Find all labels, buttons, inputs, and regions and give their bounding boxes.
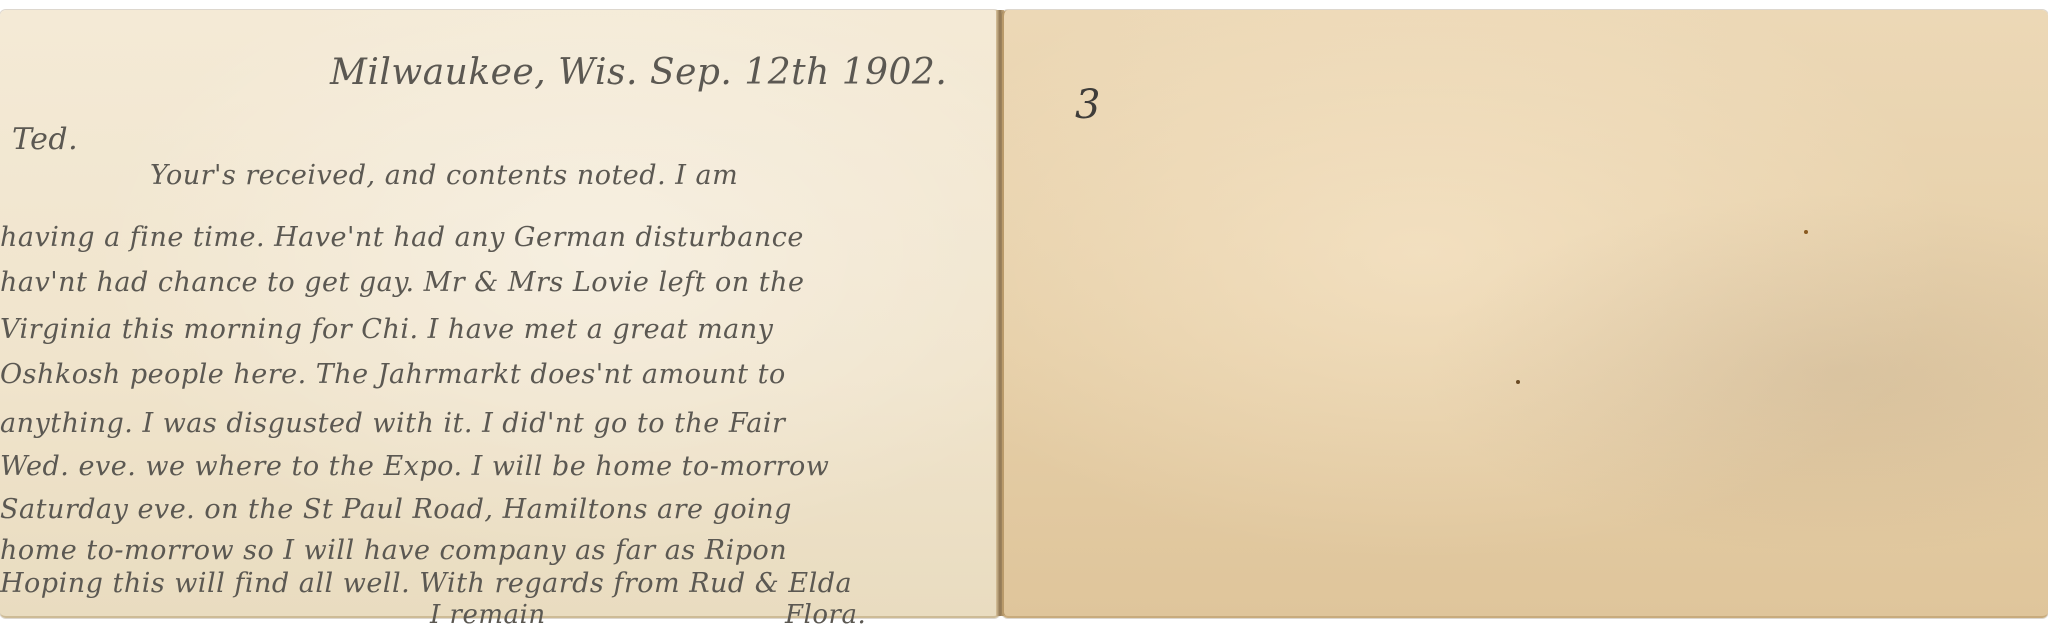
signature: Flora.	[785, 600, 866, 627]
letter-line: anything. I was disgusted with it. I did…	[0, 408, 785, 439]
dateline: Milwaukee, Wis. Sep. 12th 1902.	[330, 52, 947, 93]
letter-line: Oshkosh people here. The Jahrmarkt does'…	[0, 359, 786, 390]
salutation: Ted.	[12, 122, 78, 157]
postcard-back	[1002, 10, 2048, 618]
letter-line: Saturday eve. on the St Paul Road, Hamil…	[0, 494, 792, 525]
pencil-mark: 3	[1075, 82, 1100, 128]
letter-line: Hoping this will find all well. With reg…	[0, 568, 852, 599]
closing: I remain	[430, 600, 546, 627]
paper-speck	[1516, 380, 1520, 384]
letter-line: Your's received, and contents noted. I a…	[150, 160, 738, 191]
letter-line: home to-morrow so I will have company as…	[0, 535, 787, 566]
letter-line: Virginia this morning for Chi. I have me…	[0, 314, 773, 345]
letter-line: Wed. eve. we where to the Expo. I will b…	[0, 451, 829, 482]
postcard-front: Milwaukee, Wis. Sep. 12th 1902. Ted. You…	[0, 10, 1000, 618]
letter-line: having a fine time. Have'nt had any Germ…	[0, 222, 804, 253]
paper-speck	[1804, 230, 1808, 234]
letter-line: hav'nt had chance to get gay. Mr & Mrs L…	[0, 267, 804, 298]
